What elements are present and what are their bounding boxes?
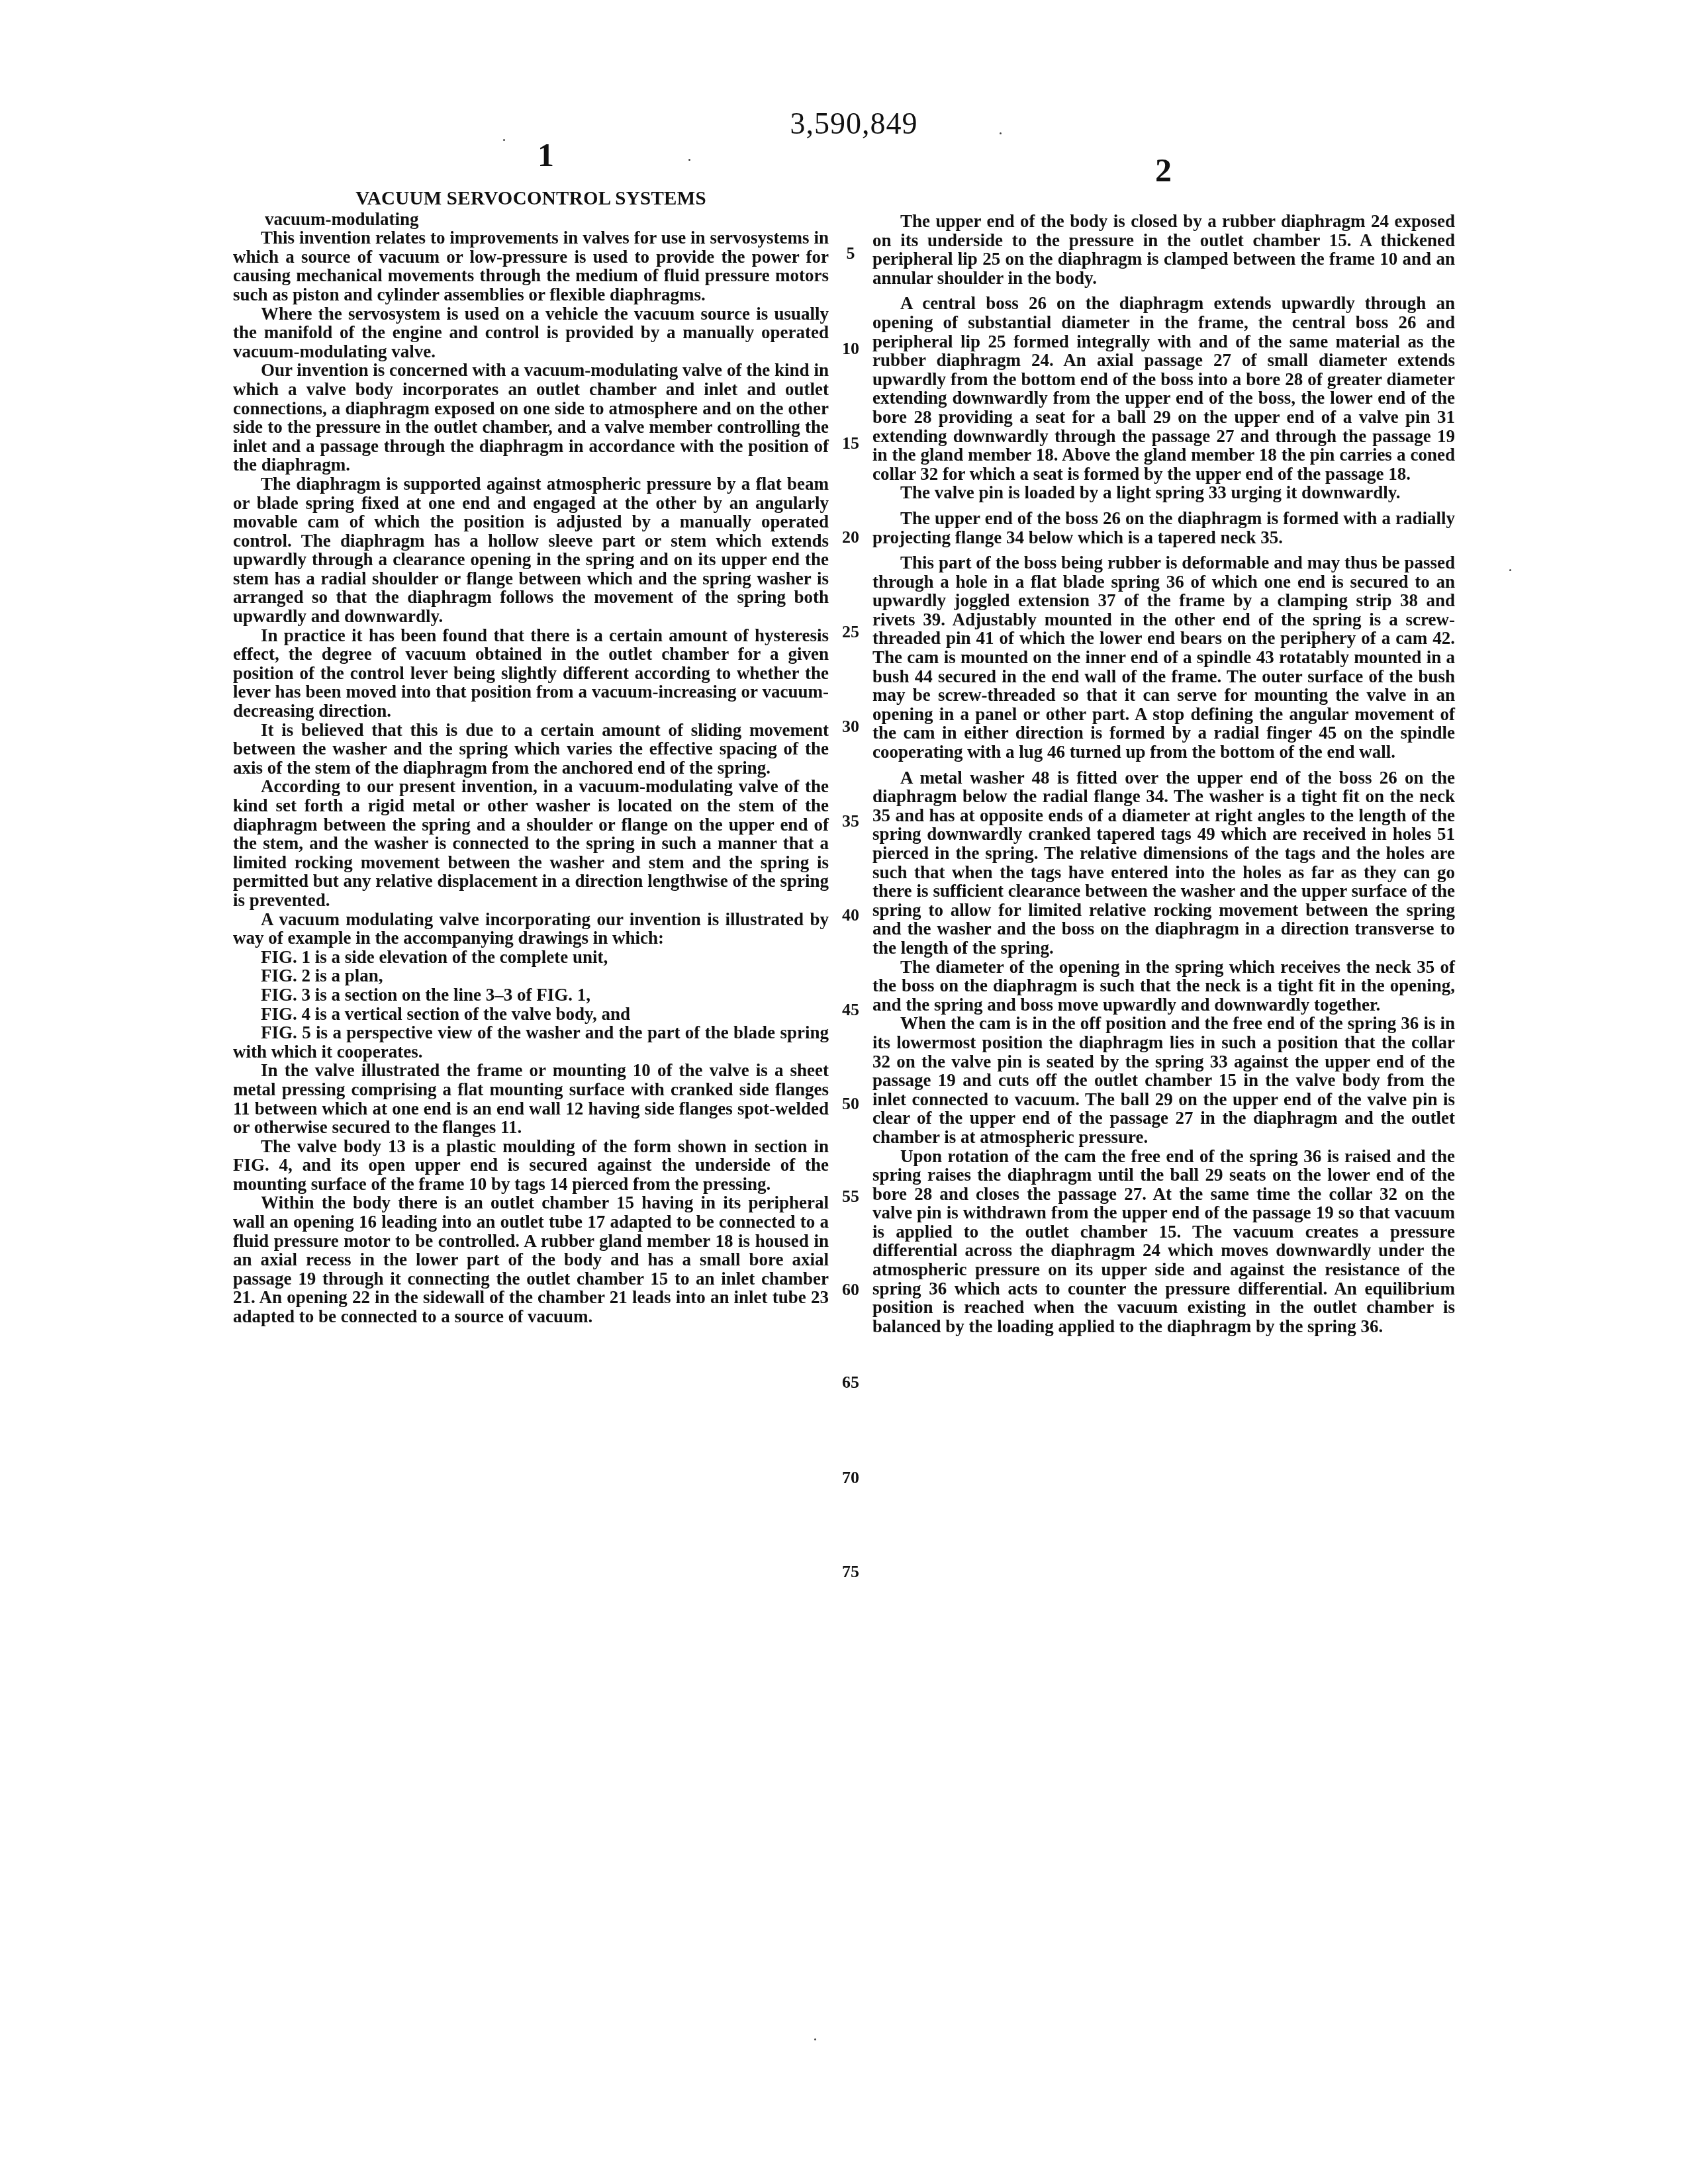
column-number-right: 2 <box>1155 151 1172 189</box>
paragraph: A metal washer 48 is fitted over the upp… <box>872 768 1455 958</box>
paragraph: A vacuum modulating valve incorporating … <box>233 910 829 948</box>
line-number: 20 <box>831 527 870 547</box>
paragraph: Our invention is concerned with a vacuum… <box>233 361 829 475</box>
paragraph: This part of the boss being rubber is de… <box>872 553 1455 762</box>
paragraph: According to our present invention, in a… <box>233 777 829 909</box>
line-number: 50 <box>831 1094 870 1114</box>
paragraph: It is believed that this is due to a cer… <box>233 721 829 778</box>
line-number: 15 <box>831 433 870 453</box>
line-number: 10 <box>831 339 870 359</box>
figure-description: FIG. 3 is a section on the line 3–3 of F… <box>233 985 829 1005</box>
line-number: 70 <box>831 1468 870 1488</box>
scan-speck <box>503 139 505 141</box>
document-title: VACUUM SERVOCONTROL SYSTEMS <box>233 189 829 208</box>
paragraph: The diameter of the opening in the sprin… <box>872 958 1455 1015</box>
paragraph: When the cam is in the off position and … <box>872 1014 1455 1146</box>
scan-speck <box>1000 132 1002 134</box>
scan-speck <box>814 2038 816 2040</box>
line-number: 60 <box>831 1280 870 1300</box>
figure-description: FIG. 2 is a plan, <box>233 966 829 985</box>
paragraph: A central boss 26 on the diaphragm exten… <box>872 294 1455 483</box>
paragraph: The diaphragm is supported against atmos… <box>233 475 829 626</box>
paragraph: Upon rotation of the cam the free end of… <box>872 1147 1455 1336</box>
paragraph: Where the servosystem is used on a vehic… <box>233 304 829 361</box>
paragraph: In the valve illustrated the frame or mo… <box>233 1061 829 1136</box>
column-number-left: 1 <box>538 136 554 174</box>
line-number: 5 <box>831 244 870 263</box>
paragraph: The upper end of the boss 26 on the diap… <box>872 509 1455 547</box>
line-number: 40 <box>831 905 870 925</box>
line-number: 30 <box>831 717 870 737</box>
patent-number: 3,590,849 <box>0 106 1688 141</box>
line-number: 65 <box>831 1373 870 1392</box>
line-number: 75 <box>831 1562 870 1582</box>
scan-speck <box>1509 569 1511 571</box>
paragraph: This invention relates to improvements i… <box>233 228 829 304</box>
paragraph: The valve pin is loaded by a light sprin… <box>872 483 1455 502</box>
paragraph: Within the body there is an outlet chamb… <box>233 1193 829 1326</box>
line-number: 25 <box>831 622 870 642</box>
document-subtitle: vacuum-modulating <box>265 210 829 229</box>
paragraph: In practice it has been found that there… <box>233 626 829 721</box>
paragraph: The valve body 13 is a plastic moulding … <box>233 1137 829 1194</box>
right-column: The upper end of the body is closed by a… <box>872 212 1455 1336</box>
scan-speck <box>688 159 690 161</box>
figure-description: FIG. 4 is a vertical section of the valv… <box>233 1005 829 1024</box>
left-column: VACUUM SERVOCONTROL SYSTEMS vacuum-modul… <box>233 189 829 1326</box>
paragraph: The upper end of the body is closed by a… <box>872 212 1455 287</box>
line-number: 45 <box>831 1000 870 1020</box>
line-number: 55 <box>831 1187 870 1206</box>
line-number: 35 <box>831 811 870 831</box>
figure-description: FIG. 5 is a perspective view of the wash… <box>233 1023 829 1061</box>
figure-description: FIG. 1 is a side elevation of the comple… <box>233 948 829 967</box>
